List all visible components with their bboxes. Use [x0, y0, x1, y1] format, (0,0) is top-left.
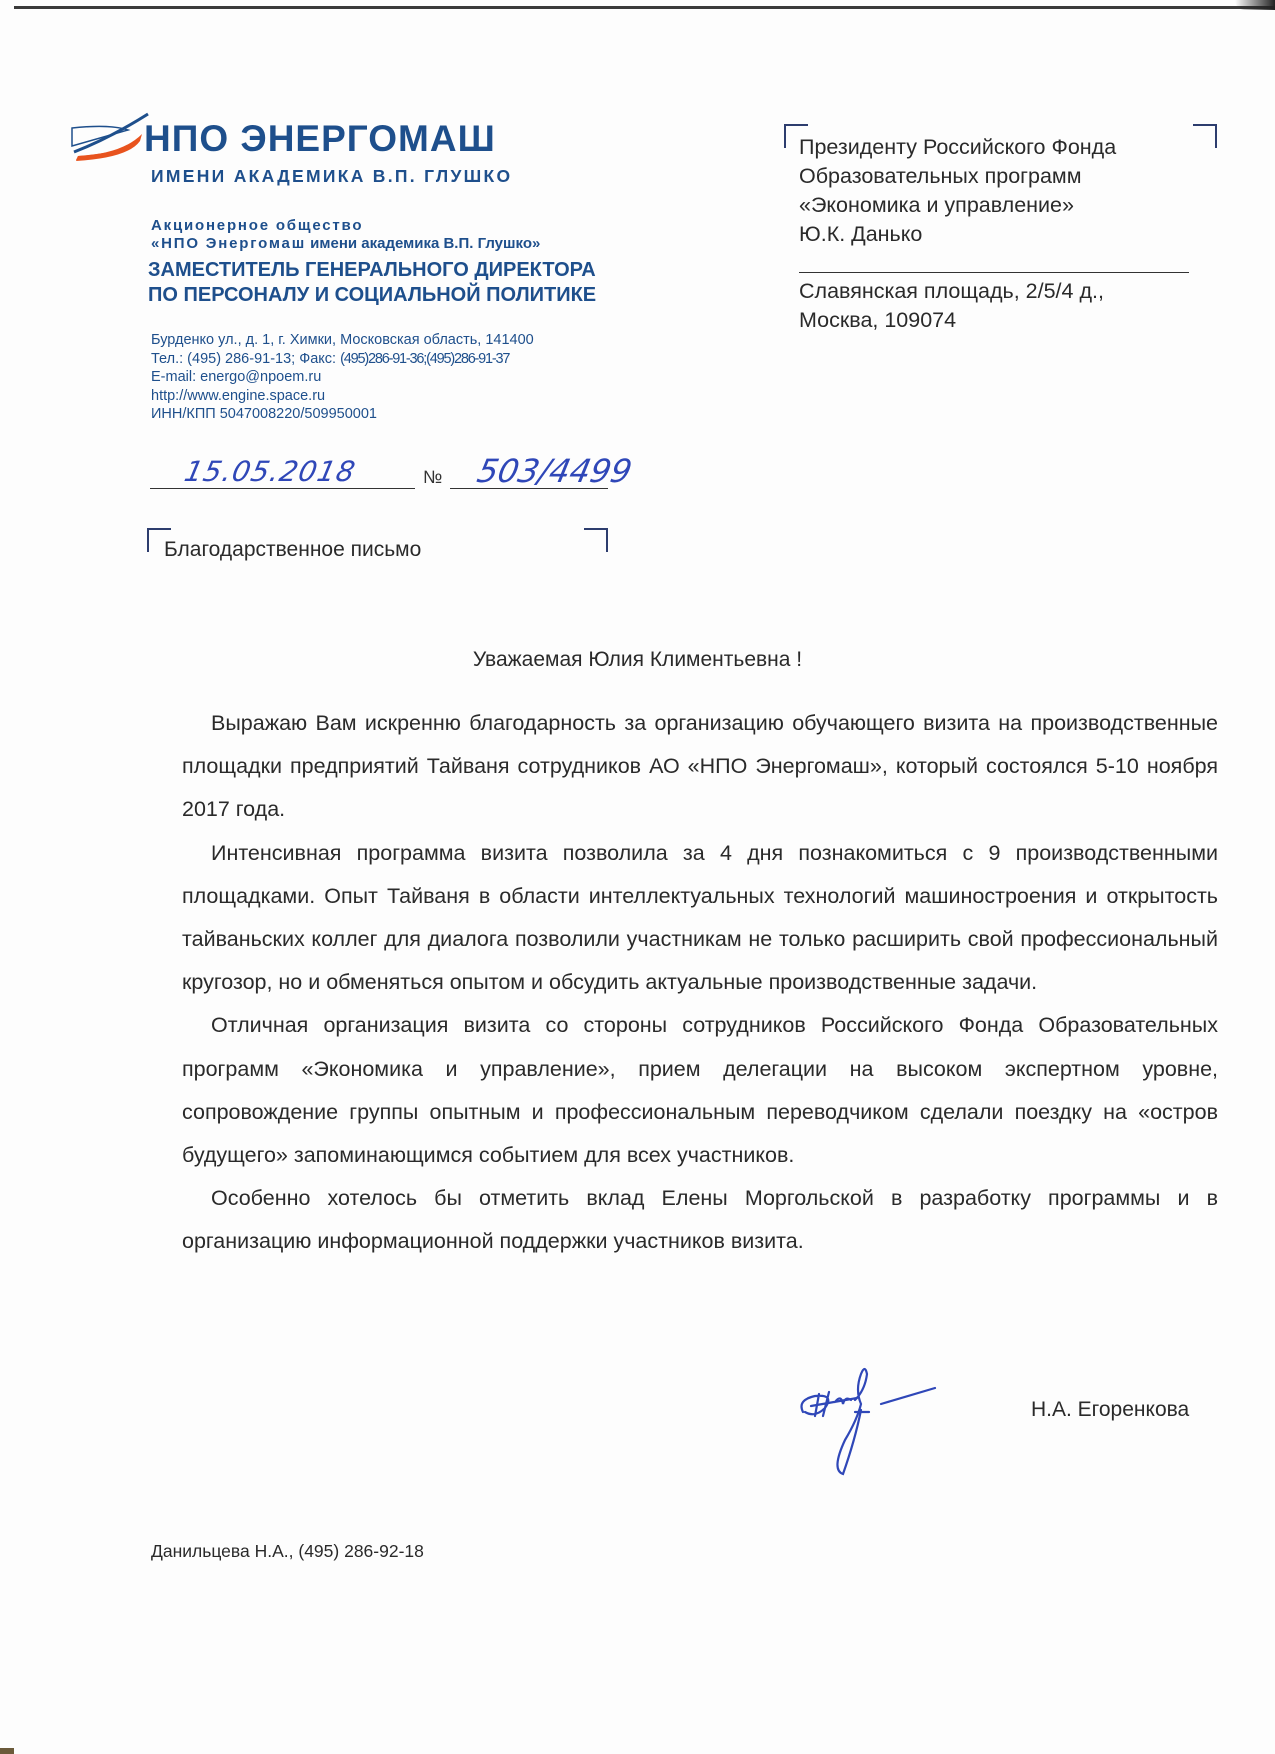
- body-paragraph: Выражаю Вам искренню благодарность за ор…: [182, 702, 1218, 832]
- recipient-name: Ю.К. Данько: [799, 220, 1116, 249]
- position-line-2: ПО ПЕРСОНАЛУ И СОЦИАЛЬНОЙ ПОЛИТИКЕ: [148, 283, 596, 308]
- org-type: Акционерное общество: [151, 217, 363, 234]
- body-paragraph: Интенсивная программа визита позволила з…: [182, 832, 1218, 1005]
- recipient-bracket-right: [1193, 124, 1217, 148]
- body-paragraph: Отличная организация визита со стороны с…: [182, 1004, 1218, 1177]
- salutation: Уважаемая Юлия Климентьевна !: [0, 648, 1275, 672]
- subject-bracket-right: [584, 528, 608, 552]
- letter-subject: Благодарственное письмо: [164, 538, 421, 562]
- fax-text: (495)286-91-36;(495)286-91-37: [340, 351, 509, 367]
- logo-title: НПО ЭНЕРГОМАШ: [144, 118, 496, 160]
- logo-subtitle: ИМЕНИ АКАДЕМИКА В.П. ГЛУШКО: [151, 166, 512, 187]
- phone-text: Тел.: (495) 286-91-13; Факс:: [151, 351, 340, 367]
- scan-corner-shadow: [1235, 0, 1275, 10]
- signer-name: Н.А. Егоренкова: [1031, 1398, 1189, 1422]
- handwritten-number: 503/4499: [474, 452, 635, 490]
- org-name-open-quote: «: [151, 235, 161, 252]
- recipient-address-line: Москва, 109074: [799, 306, 1104, 335]
- scan-edge-top: [14, 6, 1275, 9]
- sender-position: ЗАМЕСТИТЕЛЬ ГЕНЕРАЛЬНОГО ДИРЕКТОРА ПО ПЕ…: [148, 258, 596, 308]
- sender-contacts: Бурденко ул., д. 1, г. Химки, Московская…: [151, 331, 534, 424]
- sender-website: http://www.engine.space.ru: [151, 387, 534, 406]
- recipient-block: Президенту Российского Фонда Образовател…: [799, 133, 1116, 249]
- sender-email: E-mail: energo@npoem.ru: [151, 368, 534, 387]
- recipient-address-line: Славянская площадь, 2/5/4 д.,: [799, 277, 1104, 306]
- scan-edge-bottom: [0, 1748, 14, 1754]
- recipient-line: Образовательных программ: [799, 162, 1116, 191]
- org-name-part1: НПО Энергомаш: [161, 235, 306, 252]
- org-name-part2: имени академика В.П. Глушко»: [306, 235, 540, 252]
- sender-address: Бурденко ул., д. 1, г. Химки, Московская…: [151, 331, 534, 350]
- logo-rocket-icon: [70, 108, 150, 168]
- letter-body: Выражаю Вам искренню благодарность за ор…: [182, 702, 1218, 1264]
- signature-icon: [795, 1360, 945, 1485]
- position-line-1: ЗАМЕСТИТЕЛЬ ГЕНЕРАЛЬНОГО ДИРЕКТОРА: [148, 258, 596, 283]
- executor-contact: Данильцева Н.А., (495) 286-92-18: [151, 1541, 424, 1562]
- org-name: «НПО Энергомаш имени академика В.П. Глуш…: [151, 235, 540, 252]
- sender-inn-kpp: ИНН/КПП 5047008220/509950001: [151, 405, 534, 424]
- recipient-line: Президенту Российского Фонда: [799, 133, 1116, 162]
- date-underline: [150, 488, 415, 489]
- handwritten-date: 15.05.2018: [181, 455, 358, 488]
- number-label: №: [423, 467, 442, 488]
- recipient-line: «Экономика и управление»: [799, 191, 1116, 220]
- recipient-address: Славянская площадь, 2/5/4 д., Москва, 10…: [799, 277, 1104, 335]
- body-paragraph: Особенно хотелось бы отметить вклад Елен…: [182, 1177, 1218, 1263]
- sender-phone-fax: Тел.: (495) 286-91-13; Факс: (495)286-91…: [151, 350, 534, 369]
- recipient-divider: [799, 272, 1189, 273]
